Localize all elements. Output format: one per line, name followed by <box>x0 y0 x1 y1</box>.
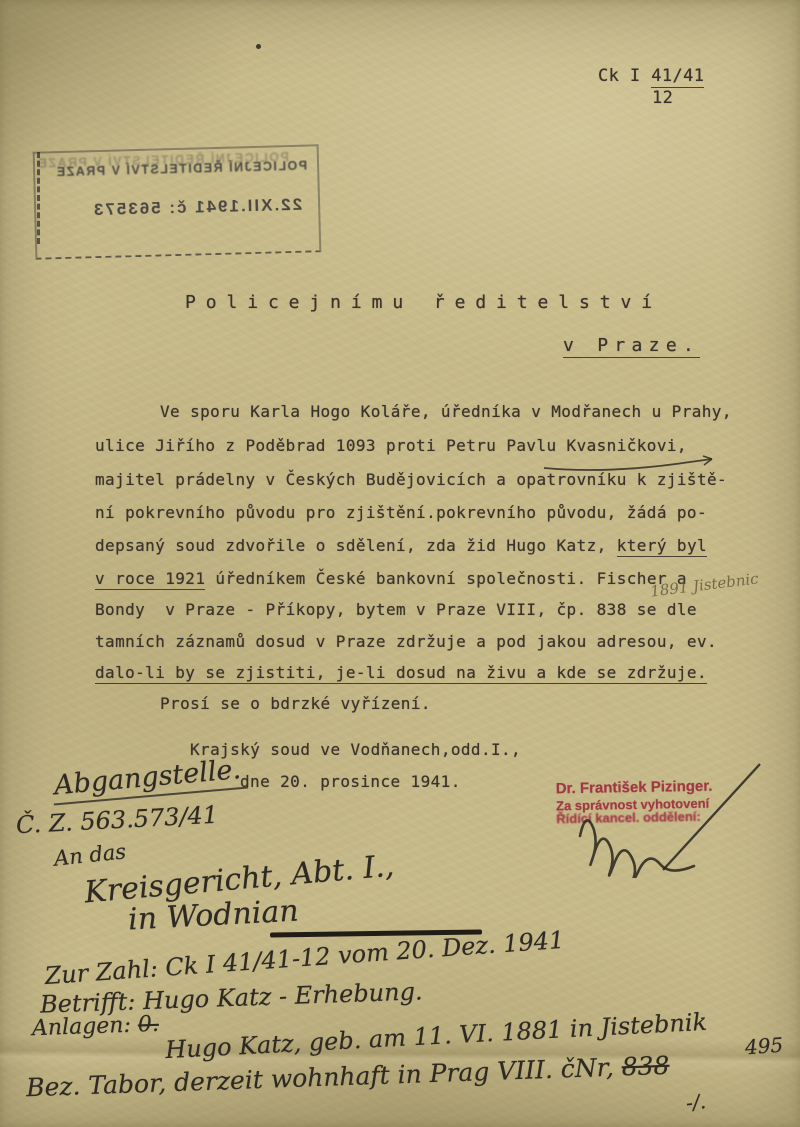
body-line-1: Ve sporu Karla Hogo Koláře, úředníka v M… <box>160 402 732 421</box>
body-line-10: Prosí se o bdrzké vyřízení. <box>160 694 431 713</box>
hw-an-das: An das <box>53 839 127 870</box>
hw-number-old: 838 <box>621 1051 670 1082</box>
body-line-4: ní pokrevního původu pro zjištění.pokrev… <box>95 503 707 522</box>
stamp-left-bracket <box>37 152 40 244</box>
body-line-9: dalo-li by se zjistiti, je-li dosud na ž… <box>95 663 707 684</box>
body-line-7: Bondy v Praze - Příkopy, bytem v Praze V… <box>95 600 697 619</box>
hw-wodnian: in Wodnian <box>127 894 299 938</box>
hw-anlagen-label: Anlagen: <box>32 1013 139 1042</box>
police-receipt-stamp-inner: POLICEJNÍ ŘEDITELSTVÍ V PRAZE POLICEJNÍ … <box>35 146 320 257</box>
body-line-5-text: depsaný soud zdvořile o sdělení, zda žid… <box>95 536 617 555</box>
hw-file-number: Č. Z. 563.573/41 <box>15 801 218 840</box>
scanned-letter-page: Ck I 41/41 12 POLICEJNÍ ŘEDITELSTVÍ V PR… <box>0 0 800 1127</box>
body-line-6-text: úředníkem České bankovní společnosti. Fi… <box>205 569 687 588</box>
reference-number: Ck I 41/41 <box>598 66 704 86</box>
body-line-8: tamních záznamů dosud v Praze zdržuje a … <box>95 632 717 651</box>
hw-number-corrected: 495 <box>744 1033 784 1060</box>
body-line-2-text: ulice Jiřího z Poděbrad 1093 proti Petru… <box>95 436 567 455</box>
reference-fraction-top: 41/41 <box>651 66 704 88</box>
hw-anlagen: Anlagen: 0. <box>32 1012 160 1041</box>
addressee-city: v Praze. <box>563 335 700 358</box>
body-line-6-underlined: v roce 1921 <box>95 569 205 590</box>
body-line-5-underlined: který byl <box>617 536 707 557</box>
underline-arrow <box>540 452 730 476</box>
body-line-5: depsaný soud zdvořile o sdělení, zda žid… <box>95 536 707 555</box>
addressee-line: Policejnímu ředitelství <box>185 292 662 313</box>
body-line-6: v roce 1921 úředníkem České bankovní spo… <box>95 569 687 588</box>
reference-prefix: Ck I <box>598 66 651 86</box>
hw-anlagen-value: 0. <box>137 1012 159 1038</box>
ink-dot <box>256 44 261 49</box>
reference-fraction-bottom: 12 <box>652 88 673 108</box>
hw-abgangstelle: Abgangstelle. <box>51 754 249 806</box>
receipt-stamp-date-number: 22.XII.1941 č: 563573 <box>92 195 303 220</box>
closing-date: dne 20. prosince 1941. <box>240 772 461 791</box>
hw-slash-mark: -/. <box>685 1089 707 1115</box>
police-receipt-stamp: POLICEJNÍ ŘEDITELSTVÍ V PRAZE POLICEJNÍ … <box>33 144 322 259</box>
signature-squiggle <box>545 758 770 878</box>
